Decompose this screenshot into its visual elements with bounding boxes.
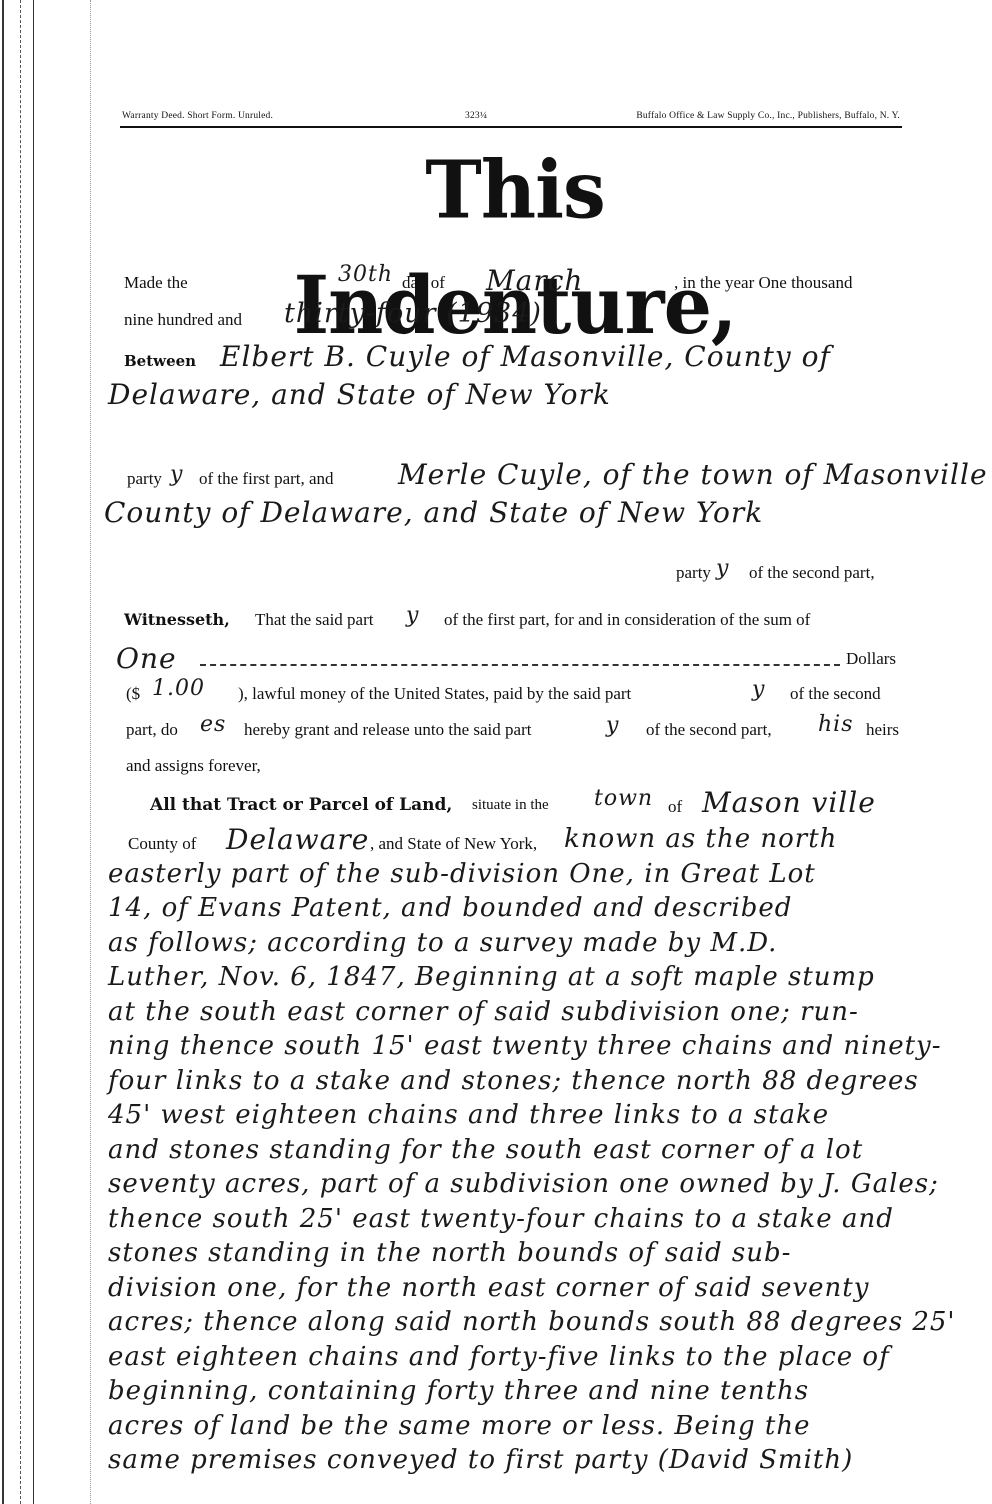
label-nine-hundred: nine hundred and [124,310,242,330]
fill-dashes [200,664,840,666]
amount-words: One [116,642,177,675]
label-party-first: party [127,469,162,489]
party-suffix: y [606,713,619,738]
description-line: acres; thence along said north bounds so… [108,1307,956,1337]
second-party-line1: Merle Cuyle, of the town of Masonville [398,458,988,491]
amount-figure: 1.00 [152,676,205,701]
second-party-line2: County of Delaware, and State of New Yor… [104,496,763,529]
parcel-text4: , and State of New York, [370,834,537,854]
label-day-of: day of [402,273,445,293]
municipality: Mason ville [702,786,876,819]
description-line: at the south east corner of said subdivi… [108,997,859,1027]
label-between: Between [124,352,196,370]
party-suffix-second: y [716,556,729,581]
form-name: Warranty Deed. Short Form. Unruled. [122,111,273,121]
witnesseth-text7: of the second part, [646,720,772,740]
label-of-first-part-and: of the first part, and [199,469,334,489]
do-suffix: es [200,712,226,737]
witnesseth-text1: That the said part [255,610,374,630]
description-line: acres of land be the same more or less. … [108,1411,810,1441]
label-of-second-part: of the second part, [749,563,875,583]
label-witnesseth: Witnesseth, [124,610,230,629]
parcel-text2: of [668,797,682,817]
label-made-the: Made the [124,273,188,293]
scan-edge [33,0,34,1504]
label-dollars: Dollars [846,649,896,669]
parcel-text1: situate in the [472,797,549,814]
month-value: March [486,264,583,297]
description-line: same premises conveyed to first party (D… [108,1445,853,1475]
year-value: thirty-four (1934) [284,298,542,329]
party-suffix-first: y [170,462,183,487]
witnesseth-text8: heirs [866,720,899,740]
description-line: four links to a stake and stones; thence… [108,1066,919,1096]
scan-edge [20,0,21,1504]
county: Delaware [226,823,369,856]
description-line: 45' west eighteen chains and three links… [108,1100,829,1130]
pronoun: his [818,712,854,737]
description-line: as follows; according to a survey made b… [108,928,777,958]
scan-edge [2,0,4,1504]
first-party-line2: Delaware, and State of New York [108,378,611,411]
description-line: ning thence south 15' east twenty three … [108,1031,942,1061]
form-header: Warranty Deed. Short Form. Unruled. 323¼… [120,108,902,128]
description-line: seventy acres, part of a subdivision one… [108,1169,939,1199]
party-suffix: y [752,677,765,702]
description-line: and stones standing for the south east c… [108,1135,863,1165]
parcel-text3: County of [128,834,196,854]
description-line: easterly part of the sub-division One, i… [108,859,816,889]
municipality-type: town [594,786,653,811]
witnesseth-text2: of the first part, for and in considerat… [444,610,810,630]
publisher: Buffalo Office & Law Supply Co., Inc., P… [636,111,900,121]
description-line: east eighteen chains and forty-five link… [108,1342,890,1372]
description-line: thence south 25' east twenty-four chains… [108,1204,894,1234]
party-suffix: y [406,603,419,628]
label-party-second: party [676,563,711,583]
description-line: Luther, Nov. 6, 1847, Beginning at a sof… [108,962,875,992]
description-line: 14, of Evans Patent, and bounded and des… [108,893,792,923]
description-line: known as the north [564,824,837,854]
day-value: 30th [338,262,393,287]
witnesseth-text3: ), lawful money of the United States, pa… [238,684,631,704]
amount-open: ($ [126,684,140,704]
label-parcel: All that Tract or Parcel of Land, [150,795,452,815]
description-line: stones standing in the north bounds of s… [108,1238,791,1268]
scan-edge [90,0,91,1504]
witnesseth-text9: and assigns forever, [126,756,261,776]
first-party-line1: Elbert B. Cuyle of Masonville, County of [220,340,831,373]
witnesseth-text6: hereby grant and release unto the said p… [244,720,531,740]
form-number: 323¼ [465,111,487,121]
description-line: division one, for the north east corner … [108,1273,869,1303]
description-line: beginning, containing forty three and ni… [108,1376,809,1406]
witnesseth-text4: of the second [790,684,881,704]
witnesseth-text5: part, do [126,720,178,740]
label-year: , in the year One thousand [674,273,852,293]
